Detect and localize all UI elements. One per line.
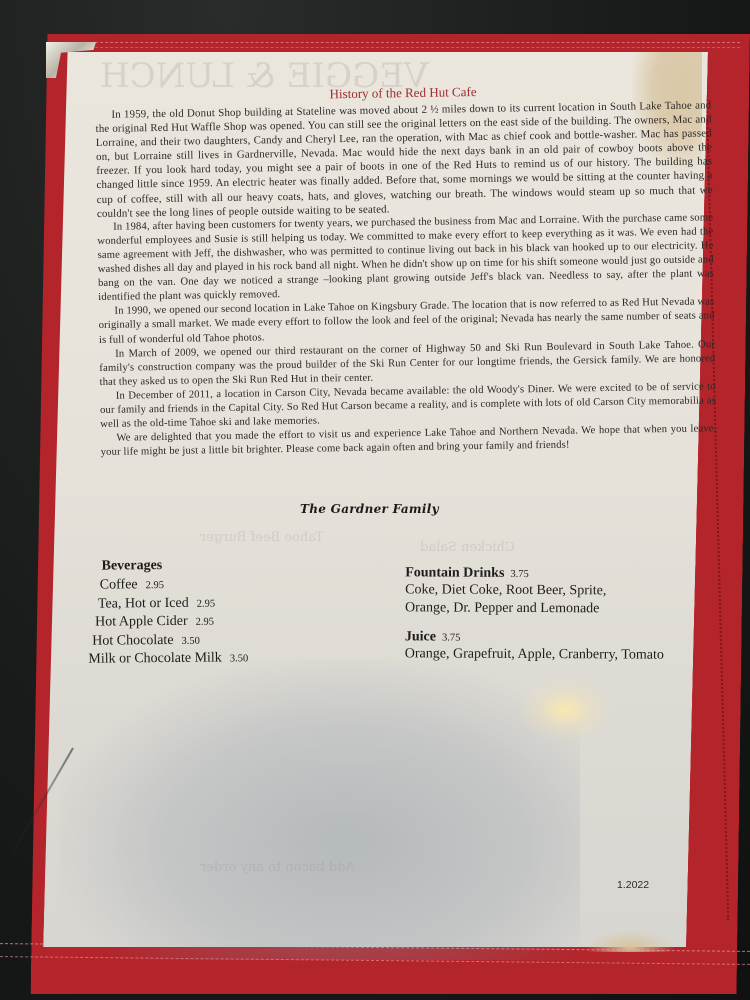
water-stain bbox=[585, 930, 675, 952]
date-stamp: 1.2022 bbox=[617, 879, 649, 891]
drink-price: 3.75 bbox=[510, 569, 528, 580]
history-section: History of the Red Hut Cafe In 1959, the… bbox=[95, 80, 717, 460]
frame-stitching bbox=[60, 47, 740, 48]
frame-stitching bbox=[60, 42, 740, 43]
fountain-drinks: Fountain Drinks3.75 Coke, Diet Coke, Roo… bbox=[405, 565, 664, 618]
menu-item: Tea, Hot or Iced2.95 bbox=[98, 594, 248, 614]
bleed-through-text: Tahoe Beef Burger bbox=[200, 530, 324, 545]
item-name: Coffee bbox=[100, 577, 138, 592]
drinks-section: Fountain Drinks3.75 Coke, Diet Coke, Roo… bbox=[405, 565, 665, 664]
bleed-through-text: Chicken Salad bbox=[420, 540, 515, 555]
drink-heading: Juice bbox=[405, 629, 436, 644]
drink-heading: Fountain Drinks bbox=[405, 565, 504, 581]
item-name: Tea, Hot or Iced bbox=[98, 595, 189, 611]
item-price: 2.95 bbox=[197, 598, 215, 609]
juice: Juice3.75 Orange, Grapefruit, Apple, Cra… bbox=[405, 629, 664, 664]
history-paragraph: In 1959, the old Donut Shop building at … bbox=[95, 98, 713, 220]
menu-item: Coffee2.95 bbox=[100, 575, 248, 595]
item-price: 3.50 bbox=[230, 653, 248, 664]
item-price: 2.95 bbox=[146, 580, 164, 591]
item-name: Hot Apple Cider bbox=[95, 614, 188, 630]
menu-item: Hot Chocolate3.50 bbox=[92, 631, 248, 651]
beverages-section: Beverages Coffee2.95 Tea, Hot or Iced2.9… bbox=[88, 557, 249, 669]
drink-description: Coke, Diet Coke, Root Beer, Sprite, Oran… bbox=[405, 581, 664, 618]
item-price: 3.50 bbox=[181, 635, 199, 646]
menu-item: Hot Apple Cider2.95 bbox=[95, 612, 248, 632]
drink-description: Orange, Grapefruit, Apple, Cranberry, To… bbox=[405, 645, 664, 664]
bleed-through-text: Add bacon to any order bbox=[200, 860, 355, 875]
item-price: 2.95 bbox=[196, 617, 214, 628]
signature: The Gardner Family bbox=[300, 502, 439, 516]
item-name: Milk or Chocolate Milk bbox=[88, 651, 222, 667]
beverages-heading: Beverages bbox=[102, 557, 248, 574]
history-paragraph: In 1984, after having been customers for… bbox=[97, 211, 714, 305]
drink-price: 3.75 bbox=[442, 633, 460, 644]
item-name: Hot Chocolate bbox=[92, 632, 173, 648]
menu-item: Milk or Chocolate Milk3.50 bbox=[88, 649, 248, 669]
